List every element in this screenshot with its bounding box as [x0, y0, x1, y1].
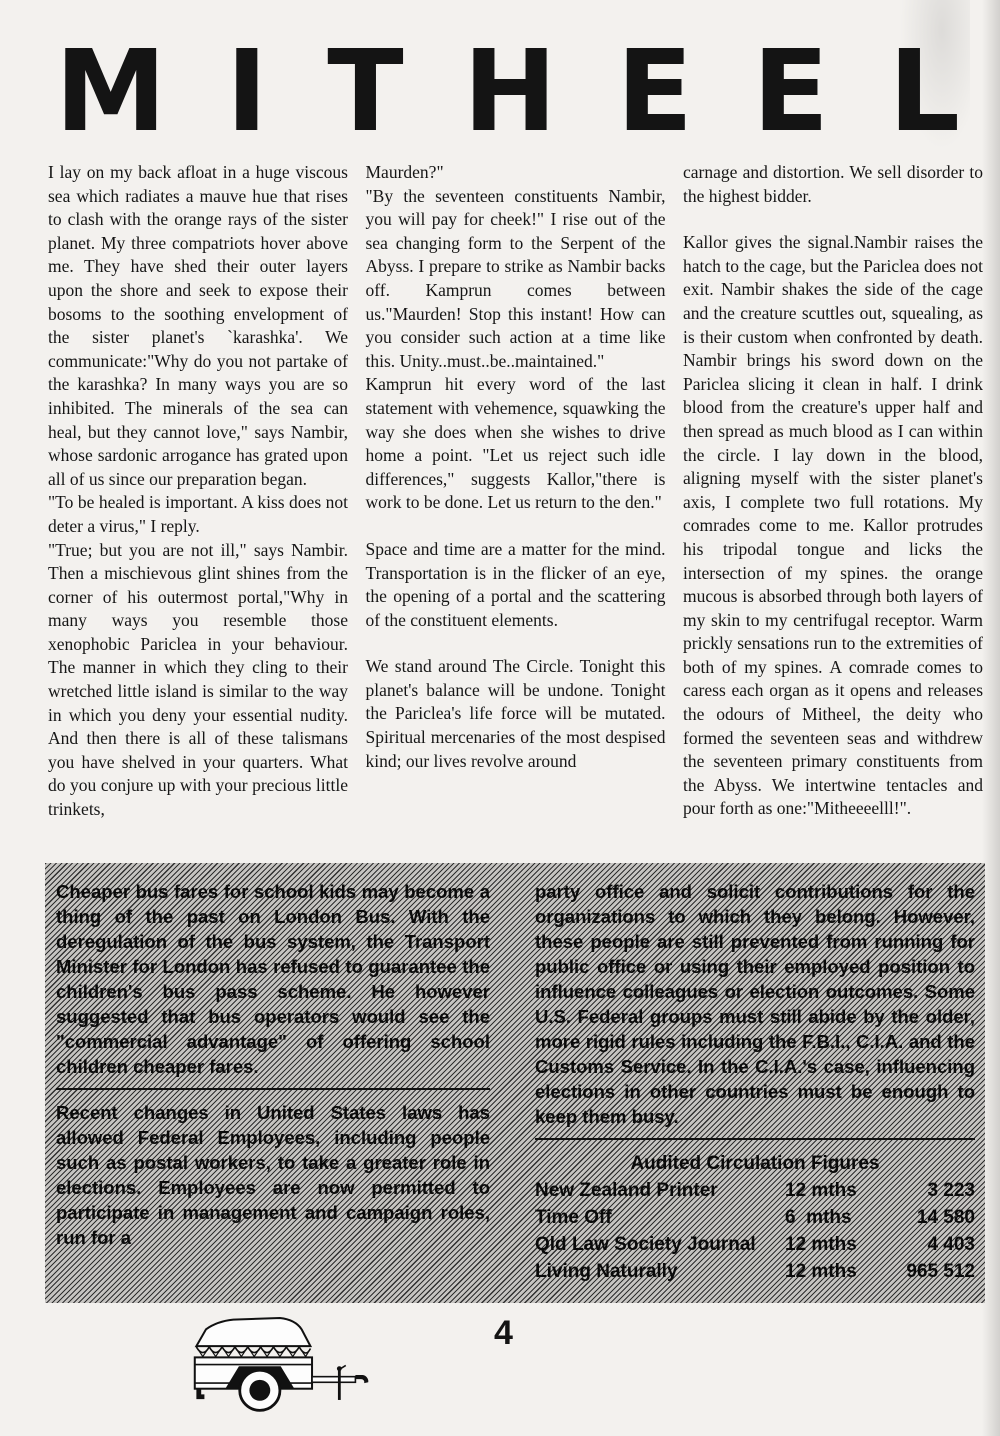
circulation-figure: 3 223 — [885, 1177, 975, 1204]
circulation-figure: 14 580 — [885, 1204, 975, 1231]
hatched-news-box: Cheaper bus fares for school kids may be… — [45, 863, 985, 1303]
circulation-figure: 965 512 — [885, 1258, 975, 1285]
page-title: MITHEEL — [55, 36, 960, 154]
news-paragraph: party office and solicit contributions f… — [535, 879, 975, 1129]
circulation-name: Time Off — [535, 1204, 785, 1231]
circulation-name: New Zealand Printer — [535, 1177, 785, 1204]
circulation-table-title: Audited Circulation Figures — [535, 1150, 975, 1177]
news-divider — [535, 1138, 975, 1140]
circulation-period: 6 mths — [785, 1204, 885, 1231]
circulation-name: Qld Law Society Journal — [535, 1231, 785, 1258]
news-column-right: party office and solicit contributions f… — [535, 879, 975, 1285]
story-columns: I lay on my back afloat in a huge viscou… — [48, 161, 983, 822]
scanned-zine-page: MITHEEL I lay on my back afloat in a hug… — [0, 0, 1000, 1436]
story-paragraph: I lay on my back afloat in a huge viscou… — [48, 161, 348, 491]
news-paragraph: Recent changes in United States laws has… — [56, 1100, 490, 1250]
story-paragraph: Maurden?" — [366, 161, 666, 185]
story-paragraph: carnage and distortion. We sell disorder… — [683, 161, 983, 208]
story-paragraph: Kallor gives the signal.Nambir raises th… — [683, 231, 983, 821]
story-paragraph: Kamprun hit every word of the last state… — [366, 373, 666, 515]
circulation-table: New Zealand Printer 12 mths 3 223 Time O… — [535, 1177, 975, 1285]
circulation-period: 12 mths — [785, 1231, 885, 1258]
story-paragraph: "True; but you are not ill," says Nambir… — [48, 539, 348, 822]
circulation-period: 12 mths — [785, 1177, 885, 1204]
news-column-left: Cheaper bus fares for school kids may be… — [56, 879, 490, 1285]
news-divider — [56, 1088, 490, 1090]
circulation-period: 12 mths — [785, 1258, 885, 1285]
story-paragraph: "By the seventeen constituents Nambir, y… — [366, 185, 666, 374]
trailer-icon — [185, 1310, 370, 1417]
circulation-figure: 4 403 — [885, 1231, 975, 1258]
circulation-name: Living Naturally — [535, 1258, 785, 1285]
page-number: 4 — [494, 1314, 513, 1353]
story-paragraph: "To be healed is important. A kiss does … — [48, 491, 348, 538]
story-paragraph: Space and time are a matter for the mind… — [366, 538, 666, 632]
story-column-3: carnage and distortion. We sell disorder… — [683, 161, 983, 822]
story-column-1: I lay on my back afloat in a huge viscou… — [48, 161, 348, 822]
story-paragraph: We stand around The Circle. Tonight this… — [366, 655, 666, 773]
news-paragraph: Cheaper bus fares for school kids may be… — [56, 879, 490, 1079]
story-column-2: Maurden?" "By the seventeen constituents… — [366, 161, 666, 822]
